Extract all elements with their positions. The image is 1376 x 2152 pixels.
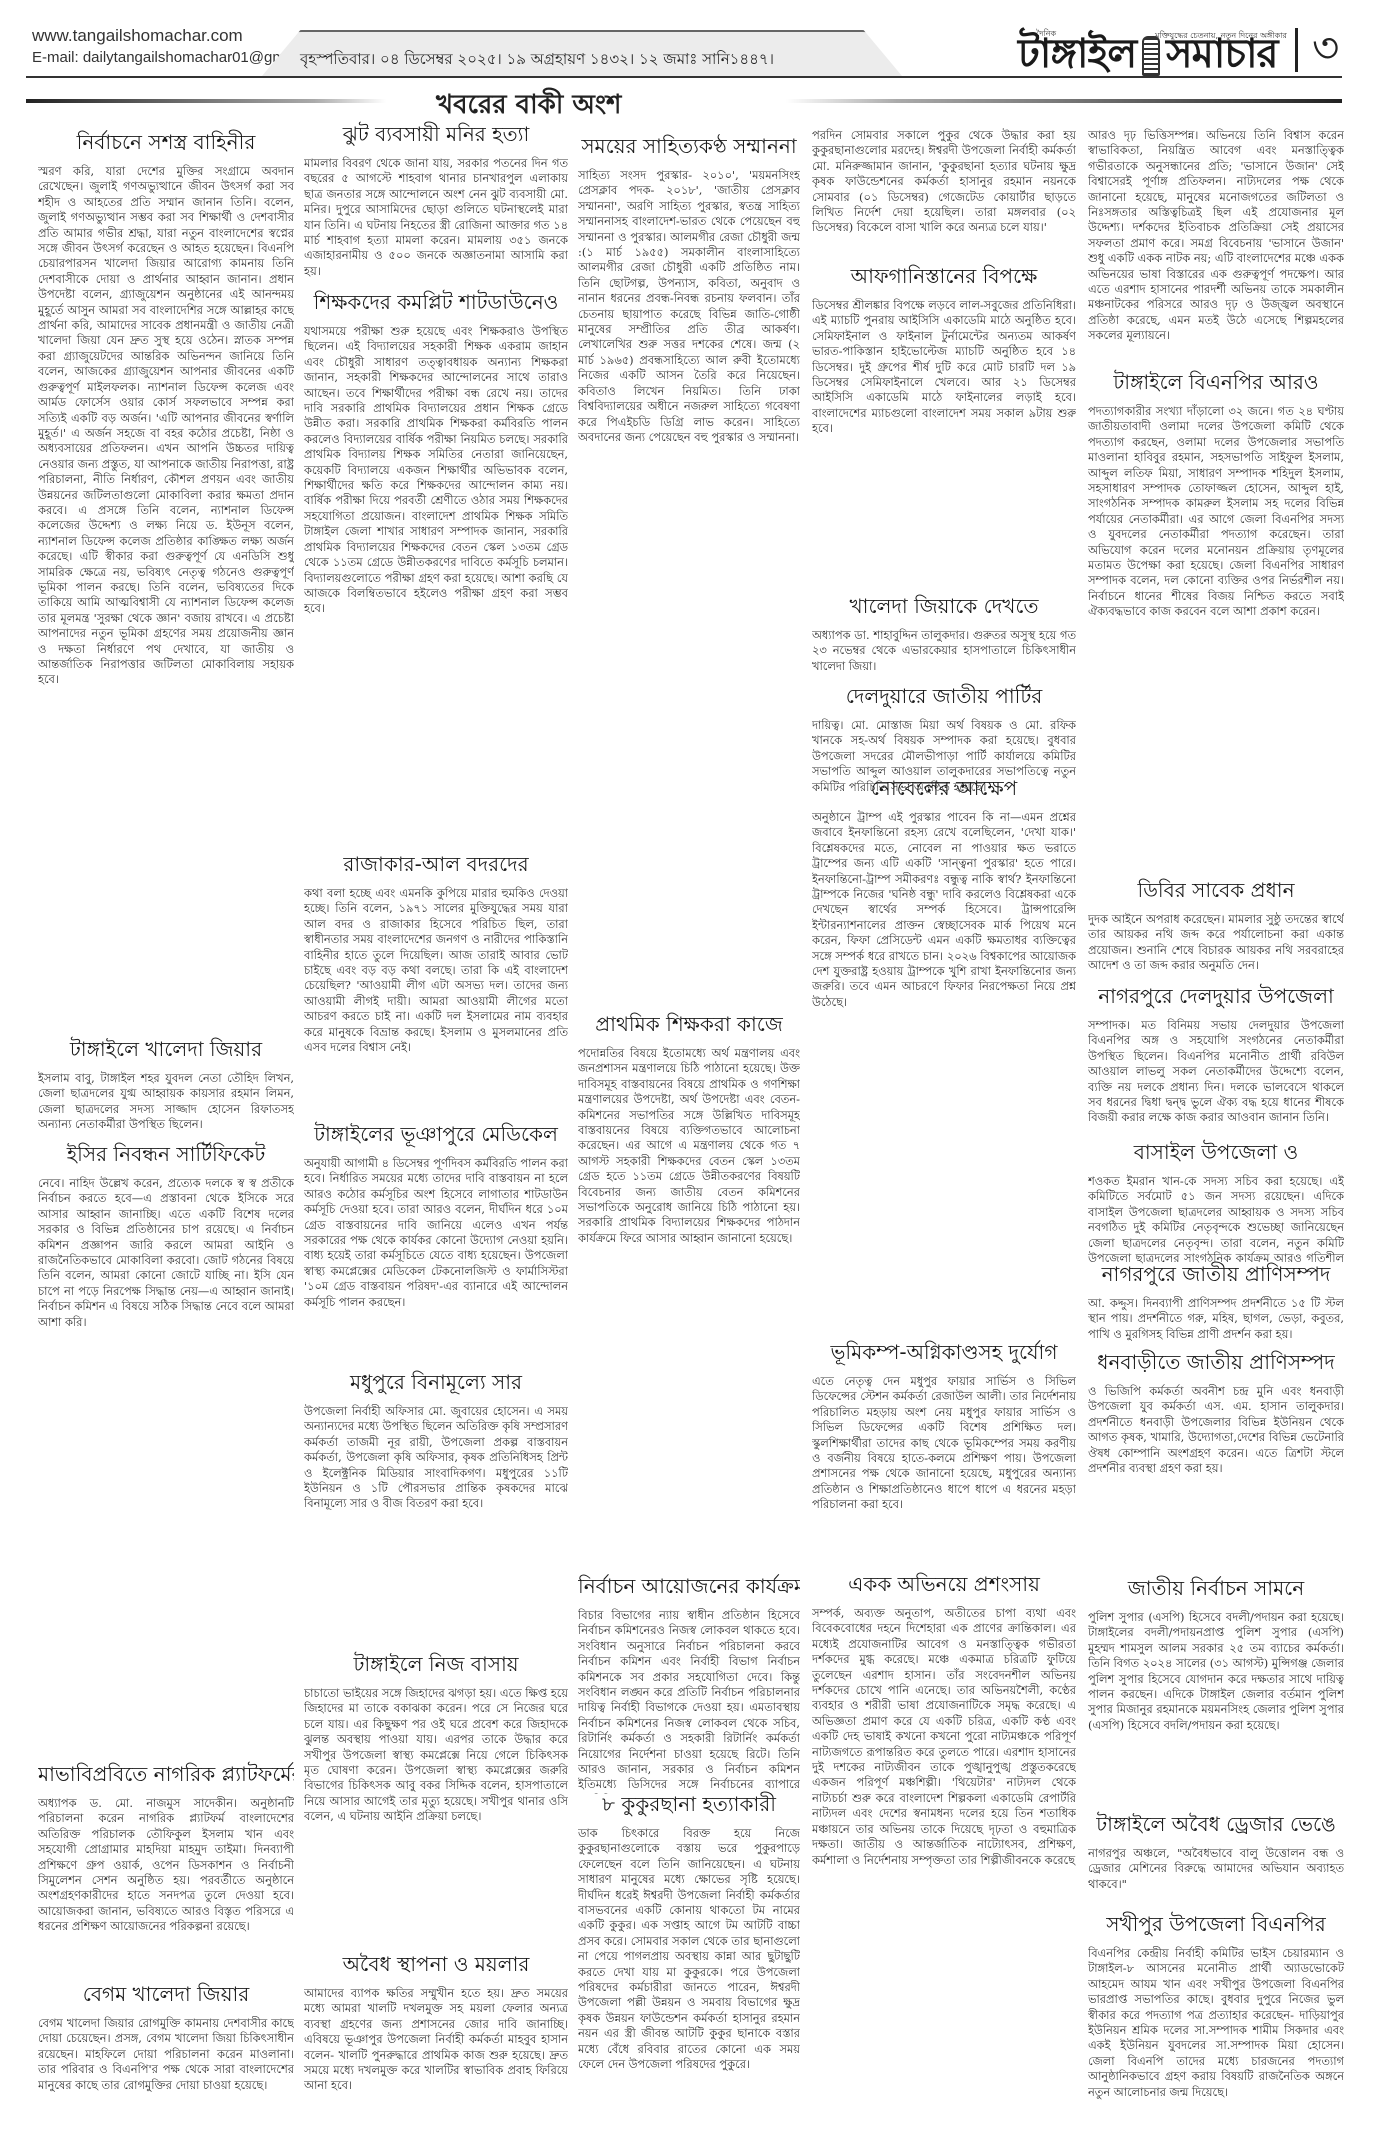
section-rule-left: [26, 99, 386, 103]
story-headline[interactable]: মাভাবিপ্রবিতে নাগরিক প্ল্যাটফর্মের: [38, 1760, 294, 1788]
issue-date: বৃহস্পতিবার। ০৪ ডিসেম্বর ২০২৫। ১৯ অগ্রহা…: [300, 48, 774, 73]
story-headline[interactable]: দেলদুয়ারে জাতীয় পার্টির: [812, 682, 1076, 710]
story-headline[interactable]: টাঙ্গাইলের ভূঞাপুরে মেডিকেল: [304, 1120, 568, 1148]
story-national-election-ahead[interactable]: জাতীয় নির্বাচন সামনে পুলিশ সুপার (এসপি)…: [1088, 1574, 1344, 1750]
story-headline[interactable]: টাঙ্গাইলে বিএনপির আরও: [1088, 368, 1344, 396]
story-headline[interactable]: অবৈধ স্থাপনা ও ময়লার: [304, 1950, 568, 1978]
story-headline[interactable]: ঝুট ব্যবসায়ী মনির হত্যা: [304, 120, 568, 148]
story-jhut-trader-murder[interactable]: ঝুট ব্যবসায়ী মনির হত্যা মামলার বিবরণ থে…: [304, 120, 568, 280]
story-illegal-structures-waste[interactable]: অবৈধ স্থাপনা ও ময়লার আমাদের ব্যাপক ক্ষত…: [304, 1950, 568, 2096]
story-headline[interactable]: ডিবির সাবেক প্রধান: [1088, 876, 1344, 904]
story-body: ডিসেম্বর শ্রীলঙ্কার বিপক্ষে লড়বে লাল-সব…: [812, 298, 1076, 578]
story-body: ও ভিজিপি কর্মকর্তা অবনীশ চন্দ্র মুনি এবং…: [1088, 1384, 1344, 1478]
story-headline[interactable]: নোবেলের আক্ষেপ: [812, 774, 1076, 802]
story-nobel-regret[interactable]: নোবেলের আক্ষেপ অনুষ্ঠানে ট্রাম্প এই পুরস…: [812, 774, 1076, 1340]
story-headline[interactable]: খালেদা জিয়াকে দেখতে: [812, 592, 1076, 620]
story-headline[interactable]: নাগরপুরে জাতীয় প্রাণিসম্পদ: [1088, 1260, 1344, 1288]
story-illegal-dredger-smashed[interactable]: টাঙ্গাইলে অবৈধ ড্রেজার ভেঙে নাগরপুর অঞ্চ…: [1088, 1810, 1344, 1894]
story-headline[interactable]: টাঙ্গাইলে অবৈধ ড্রেজার ভেঙে: [1088, 1810, 1344, 1838]
story-tangail-bnp-more[interactable]: টাঙ্গাইলে বিএনপির আরও পদত্যাগকারীর সংখ্য…: [1088, 368, 1344, 844]
story-body: আ. কদ্দুস। দিনব্যাপী প্রাণিসম্পদ প্রদর্শ…: [1088, 1296, 1344, 1344]
story-body: আরও দৃঢ় ভিত্তিসম্পন্ন। অভিনয়ে তিনি বিশ…: [1088, 128, 1344, 344]
story-dhanbari-livestock[interactable]: ধনবাড়ীতে জাতীয় প্রাণিসম্পদ ও ভিজিপি কর…: [1088, 1348, 1344, 1478]
story-mbstu-citizen-platform[interactable]: মাভাবিপ্রবিতে নাগরিক প্ল্যাটফর্মের অধ্যা…: [38, 1760, 294, 1936]
story-body: উপজেলা নির্বাহী অফিসার মো. জুবায়ের হোসে…: [304, 1404, 568, 1544]
story-madhupur-free-fertilizer[interactable]: মধুপুরে বিনামূল্যে সার উপজেলা নির্বাহী অ…: [304, 1368, 568, 1544]
story-teachers-complete-shutdown[interactable]: শিক্ষকদের কমপ্লিট শাটডাউনেও যথাসময়ে পরী…: [304, 288, 568, 862]
story-nagarpur-delduar-upazila[interactable]: নাগরপুরে দেলদুয়ার উপজেলা সম্পাদক। মত বি…: [1088, 982, 1344, 1142]
story-election-arrangement[interactable]: নির্বাচন আয়োজনের কার্যক্রম বিচার বিভাগে…: [578, 1572, 800, 1794]
story-headline[interactable]: শিক্ষকদের কমপ্লিট শাটডাউনেও: [304, 288, 568, 316]
story-headline[interactable]: নাগরপুরে দেলদুয়ার উপজেলা: [1088, 982, 1344, 1010]
story-bhuapur-medical[interactable]: টাঙ্গাইলের ভূঞাপুরে মেডিকেল অনুযায়ী আগা…: [304, 1120, 568, 1326]
story-body: পুলিশ সুপার (এসপি) হিসেবে বদলী/পদায়ন কর…: [1088, 1610, 1344, 1750]
story-body: যথাসময়ে পরীক্ষা শুরু হয়েছে এবং শিক্ষকর…: [304, 324, 568, 862]
story-body: অধ্যাপক ড. মো. নাজমুস সাদেকীন। অনুষ্ঠানট…: [38, 1796, 294, 1936]
story-sakhipur-bnp[interactable]: সখীপুর উপজেলা বিএনপির বিএনপির কেন্দ্রীয়…: [1088, 1910, 1344, 2102]
story-razakar-al-badr[interactable]: রাজাকার-আল বদরদের কথা বলা হচ্ছে এবং এমনক…: [304, 850, 568, 1132]
story-body: নেবে। নাহিদ উল্লেখ করেন, প্রত্যেক দলকে স…: [38, 1176, 294, 1764]
page-number: ৩: [1312, 22, 1339, 74]
story-body: এতে নেতৃত্ব দেন মধুপুর ফায়ার সার্ভিস ও …: [812, 1374, 1076, 1574]
story-headline[interactable]: সখীপুর উপজেলা বিএনপির: [1088, 1910, 1344, 1938]
website-link[interactable]: www.tangailshomachar.com: [32, 26, 332, 46]
story-solo-acting-continued[interactable]: আরও দৃঢ় ভিত্তিসম্পন্ন। অভিনয়ে তিনি বিশ…: [1088, 128, 1344, 344]
story-body: আমাদের ব্যাপক ক্ষতির সম্মুখীন হতে হয়। দ…: [304, 1986, 568, 2096]
story-headline[interactable]: নির্বাচন আয়োজনের কার্যক্রম: [578, 1572, 800, 1600]
story-body: বিচার বিভাগের ন্যায় স্বাধীন প্রতিষ্ঠান …: [578, 1608, 800, 1794]
story-visit-khaleda-zia[interactable]: খালেদা জিয়াকে দেখতে অধ্যাপক ডা. শাহাবুদ…: [812, 592, 1076, 690]
story-headline[interactable]: ভূমিকম্প-অগ্নিকাণ্ডসহ দুর্যোগ: [812, 1338, 1076, 1366]
story-headline[interactable]: নির্বাচনে সশস্ত্র বাহিনীর: [38, 128, 294, 156]
masthead: www.tangailshomachar.com E-mail: dailyta…: [0, 0, 1376, 80]
story-headline[interactable]: জাতীয় নির্বাচন সামনে: [1088, 1574, 1344, 1602]
logo-word-1: টাঙ্গাইল: [1018, 32, 1136, 76]
story-headline[interactable]: প্রাথমিক শিক্ষকরা কাজে: [578, 1010, 800, 1038]
story-solo-acting-praise[interactable]: একক অভিনয়ে প্রশংসায় সম্পর্ক, অব্যক্ত অ…: [812, 1570, 1076, 2106]
story-basail-upazila[interactable]: বাসাইল উপজেলা ও শওকত ইমরান খান-কে সদস্য …: [1088, 1138, 1344, 1268]
story-headline[interactable]: ইসির নিবন্ধন সার্টিফিকেট: [38, 1140, 294, 1168]
story-literary-voice-honor[interactable]: সময়ের সাহিত্যকণ্ঠ সম্মাননা সাহিত্য সংসদ…: [578, 132, 800, 988]
story-headline[interactable]: রাজাকার-আল বদরদের: [304, 850, 568, 878]
story-begum-khaleda-zia[interactable]: বেগম খালেদা জিয়ার বেগম খালেদা জিয়ার রো…: [38, 1980, 294, 2152]
story-body: অনুষ্ঠানে ট্রাম্প এই পুরস্কার পাবেন কি ন…: [812, 810, 1076, 1340]
story-8-puppies-killer[interactable]: ৮ কুকুরছানা হত্যাকারী ডাক চিৎকারে বিরক্ত…: [578, 1790, 800, 2146]
story-tangail-khaleda-zia[interactable]: টাঙ্গাইলে খালেদা জিয়ার ইসলাম বাবু, টাঙ্…: [38, 1035, 294, 1135]
story-body: সম্পাদক। মত বিনিময় সভায় দেলদুয়ার উপজে…: [1088, 1018, 1344, 1142]
story-puppies-continued[interactable]: পরদিন সোমবার সকালে পুকুর থেকে উদ্ধার করা…: [812, 128, 1076, 238]
story-body: কথা বলা হচ্ছে এবং এমনকি কুপিয়ে মারার হু…: [304, 886, 568, 1132]
story-against-afghanistan[interactable]: আফগানিস্তানের বিপক্ষে ডিসেম্বর শ্রীলঙ্কা…: [812, 262, 1076, 578]
section-banner: খবরের বাকী অংশ: [26, 84, 1342, 118]
page-number-divider: [1295, 28, 1298, 72]
section-rule-right: [786, 99, 1342, 103]
masthead-rule: [26, 76, 1342, 78]
story-body: পদত্যাগকারীর সংখ্যা দাঁড়ালো ৩২ জনে। গত …: [1088, 404, 1344, 844]
story-headline[interactable]: বেগম খালেদা জিয়ার: [38, 1980, 294, 2008]
story-body: পরদিন সোমবার সকালে পুকুর থেকে উদ্ধার করা…: [812, 128, 1076, 238]
story-body: বিএনপির কেন্দ্রীয় নির্বাহী কমিটির ভাইস …: [1088, 1946, 1344, 2102]
story-armed-forces-election[interactable]: নির্বাচনে সশস্ত্র বাহিনীর স্মরণ করি, যার…: [38, 128, 294, 1034]
story-body: চাচাতো ভাইয়ের সঙ্গে জিহাদের ঝগড়া হয়। …: [304, 1686, 568, 1872]
story-body: শওকত ইমরান খান-কে সদস্য সচিব করা হয়েছে।…: [1088, 1174, 1344, 1268]
logo-tagline: মুক্তিযুদ্ধের চেতনায়, নতুন দিনের অঙ্গীক…: [1155, 30, 1287, 43]
story-headline[interactable]: টাঙ্গাইলে নিজ বাসায়: [304, 1650, 568, 1678]
story-primary-teachers-return[interactable]: প্রাথমিক শিক্ষকরা কাজে পদোন্নতির বিষয়ে …: [578, 1010, 800, 1586]
story-former-db-chief[interactable]: ডিবির সাবেক প্রধান দুদক আইনে অপরাধ করেছে…: [1088, 876, 1344, 976]
story-tangail-own-home[interactable]: টাঙ্গাইলে নিজ বাসায় চাচাতো ভাইয়ের সঙ্গ…: [304, 1650, 568, 1872]
story-body: ইসলাম বাবু, টাঙ্গাইল শহর যুবদল নেতা তৌহি…: [38, 1071, 294, 1135]
story-headline[interactable]: একক অভিনয়ে প্রশংসায়: [812, 1570, 1076, 1598]
story-body: অনুযায়ী আগামী ৪ ডিসেম্বর পূর্ণদিবস কর্ম…: [304, 1156, 568, 1326]
story-body: মামলার বিবরণ থেকে জানা যায়, সরকার পতনের…: [304, 156, 568, 280]
story-headline[interactable]: মধুপুরে বিনামূল্যে সার: [304, 1368, 568, 1396]
story-body: ডাক চিৎকারে বিরক্ত হয়ে নিজে কুকুরছানাগু…: [578, 1826, 800, 2146]
story-headline[interactable]: সময়ের সাহিত্যকণ্ঠ সম্মাননা: [578, 132, 800, 160]
story-body: দুদক আইনে অপরাধ করেছেন। মামলার সুষ্ঠু তদ…: [1088, 912, 1344, 976]
story-body: অধ্যাপক ডা. শাহাবুদ্দিন তালুকদার। গুরুতর…: [812, 628, 1076, 690]
story-body: নাগরপুর অঞ্চলে, "অবৈধভাবে বালু উত্তোলন ব…: [1088, 1846, 1344, 1894]
story-earthquake-fire-drill[interactable]: ভূমিকম্প-অগ্নিকাণ্ডসহ দুর্যোগ এতে নেতৃত্…: [812, 1338, 1076, 1574]
story-headline[interactable]: ৮ কুকুরছানা হত্যাকারী: [578, 1790, 800, 1818]
story-headline[interactable]: ধনবাড়ীতে জাতীয় প্রাণিসম্পদ: [1088, 1348, 1344, 1376]
story-body: সম্পর্ক, অব্যক্ত অনুতাপ, অতীতের চাপা ব্য…: [812, 1606, 1076, 2106]
story-body: স্মরণ করি, যারা দেশের মুক্তির সংগ্রামে অ…: [38, 164, 294, 1034]
story-body: পদোন্নতির বিষয়ে ইতোমধ্যে অর্থ মন্ত্রণাল…: [578, 1046, 800, 1586]
story-headline[interactable]: আফগানিস্তানের বিপক্ষে: [812, 262, 1076, 290]
story-headline[interactable]: বাসাইল উপজেলা ও: [1088, 1138, 1344, 1166]
story-headline[interactable]: টাঙ্গাইলে খালেদা জিয়ার: [38, 1035, 294, 1063]
story-ec-registration-certificate[interactable]: ইসির নিবন্ধন সার্টিফিকেট নেবে। নাহিদ উল্…: [38, 1140, 294, 1764]
story-body: সাহিত্য সংসদ পুরস্কার- ২০১০', 'ময়মনসিংহ…: [578, 168, 800, 988]
story-body: বেগম খালেদা জিয়ার রোগমুক্তি কামনায় দেশ…: [38, 2016, 294, 2152]
story-nagarpur-livestock[interactable]: নাগরপুরে জাতীয় প্রাণিসম্পদ আ. কদ্দুস। দ…: [1088, 1260, 1344, 1344]
